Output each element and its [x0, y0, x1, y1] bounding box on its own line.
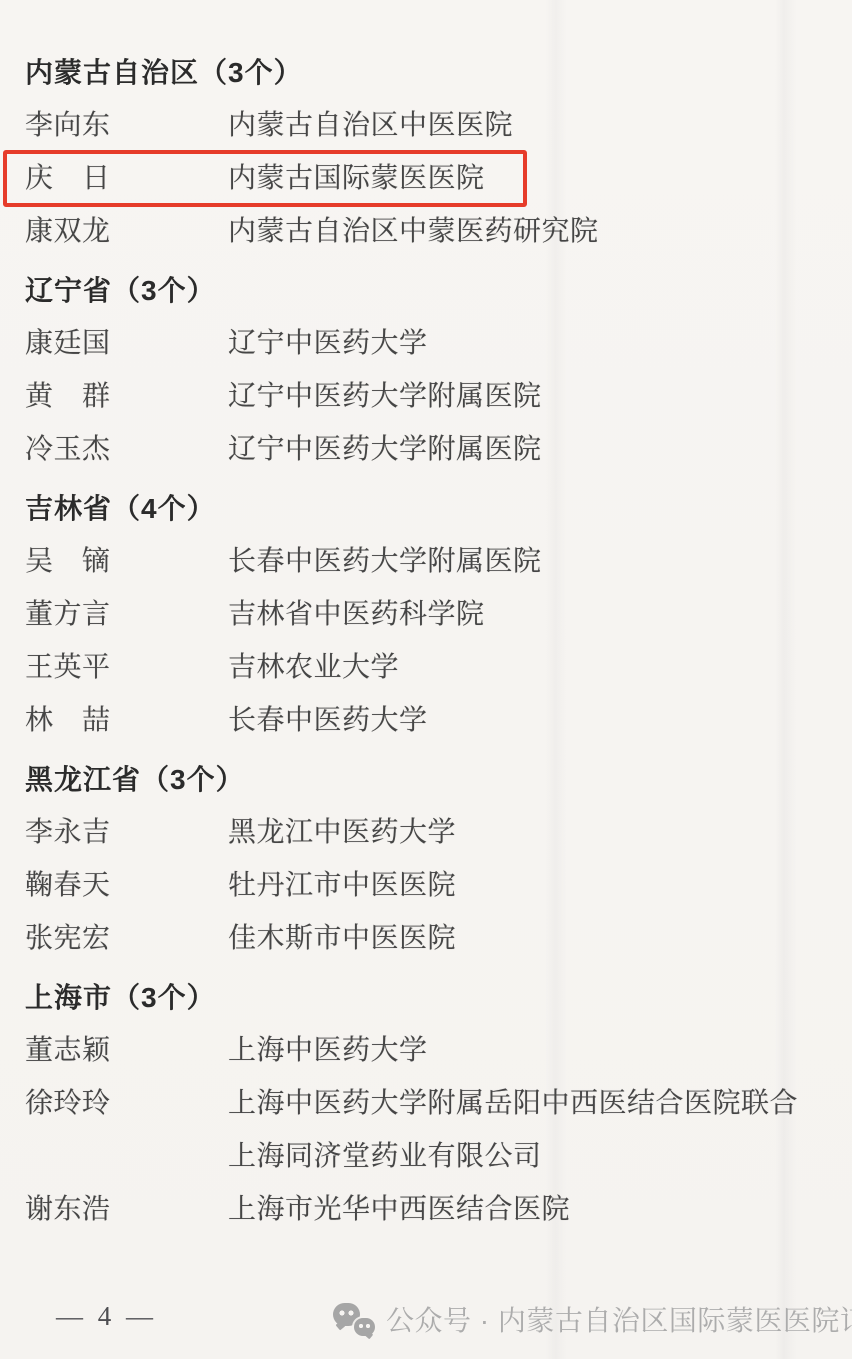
organization: 牡丹江市中医医院 [228, 859, 456, 912]
person-name: 董方言 [25, 588, 228, 641]
organization-line: 上海市光华中西医结合医院 [228, 1183, 570, 1236]
organization: 辽宁中医药大学附属医院 [228, 423, 542, 476]
person-name: 谢东浩 [25, 1183, 228, 1236]
section-title: 辽宁省（3个） [25, 264, 852, 317]
organization-line: 上海中医药大学附属岳阳中西医结合医院联合 [228, 1077, 798, 1130]
watermark-text: 公众号 · 内蒙古自治区国际蒙医医院订阅号 [386, 1299, 852, 1339]
organization-line: 吉林农业大学 [228, 641, 399, 694]
person-name: 黄 群 [25, 370, 228, 423]
person-name: 庆 日 [25, 152, 228, 205]
section-title: 上海市（3个） [25, 971, 852, 1024]
roster-row: 徐玲玲上海中医药大学附属岳阳中西医结合医院联合上海同济堂药业有限公司 [25, 1077, 852, 1183]
roster-row: 张宪宏佳木斯市中医医院 [25, 912, 852, 965]
person-name: 王英平 [25, 641, 228, 694]
roster-row: 谢东浩上海市光华中西医结合医院 [25, 1183, 852, 1236]
organization-line: 黑龙江中医药大学 [228, 806, 456, 859]
organization-line: 辽宁中医药大学附属医院 [228, 370, 542, 423]
section-title: 吉林省（4个） [25, 482, 852, 535]
organization: 长春中医药大学 [228, 694, 428, 747]
roster-row: 冷玉杰辽宁中医药大学附属医院 [25, 423, 852, 476]
person-name: 鞠春天 [25, 859, 228, 912]
roster-row: 康廷国辽宁中医药大学 [25, 317, 852, 370]
roster-row: 王英平吉林农业大学 [25, 641, 852, 694]
page-number: — 4 — [56, 1301, 157, 1332]
organization-line: 辽宁中医药大学 [228, 317, 428, 370]
organization-line: 内蒙古自治区中蒙医药研究院 [228, 205, 599, 258]
person-name: 冷玉杰 [25, 423, 228, 476]
roster-row: 董志颖上海中医药大学 [25, 1024, 852, 1077]
organization-line: 上海同济堂药业有限公司 [228, 1130, 798, 1183]
roster-row: 庆 日内蒙古国际蒙医医院 [25, 152, 852, 205]
organization: 内蒙古自治区中医医院 [228, 99, 513, 152]
person-name: 董志颖 [25, 1024, 228, 1077]
wechat-icon [333, 1301, 377, 1338]
roster-row: 董方言吉林省中医药科学院 [25, 588, 852, 641]
person-name: 吴 镝 [25, 535, 228, 588]
organization-line: 辽宁中医药大学附属医院 [228, 423, 542, 476]
organization: 上海中医药大学附属岳阳中西医结合医院联合上海同济堂药业有限公司 [228, 1077, 798, 1183]
roster-row: 康双龙内蒙古自治区中蒙医药研究院 [25, 205, 852, 258]
organization: 内蒙古国际蒙医医院 [228, 152, 485, 205]
province-section: 吉林省（4个）吴 镝长春中医药大学附属医院董方言吉林省中医药科学院王英平吉林农业… [25, 482, 852, 747]
roster: 内蒙古自治区（3个）李向东内蒙古自治区中医医院庆 日内蒙古国际蒙医医院康双龙内蒙… [25, 46, 852, 1236]
person-name: 徐玲玲 [25, 1077, 228, 1130]
organization: 内蒙古自治区中蒙医药研究院 [228, 205, 599, 258]
wechat-watermark: 公众号 · 内蒙古自治区国际蒙医医院订阅号 [333, 1299, 852, 1339]
roster-row: 吴 镝长春中医药大学附属医院 [25, 535, 852, 588]
roster-row: 黄 群辽宁中医药大学附属医院 [25, 370, 852, 423]
roster-row: 林 喆长春中医药大学 [25, 694, 852, 747]
person-name: 张宪宏 [25, 912, 228, 965]
scanned-document-page: 内蒙古自治区（3个）李向东内蒙古自治区中医医院庆 日内蒙古国际蒙医医院康双龙内蒙… [0, 0, 852, 1359]
organization: 吉林农业大学 [228, 641, 399, 694]
section-title: 黑龙江省（3个） [25, 753, 852, 806]
roster-row: 鞠春天牡丹江市中医医院 [25, 859, 852, 912]
page-footer: — 4 — 公众号 · 内蒙古自治区国际蒙医医院订阅号 [0, 1293, 852, 1349]
organization: 辽宁中医药大学 [228, 317, 428, 370]
organization: 黑龙江中医药大学 [228, 806, 456, 859]
organization-line: 牡丹江市中医医院 [228, 859, 456, 912]
organization-line: 长春中医药大学附属医院 [228, 535, 542, 588]
wechat-bubble-small [354, 1318, 375, 1336]
province-section: 黑龙江省（3个）李永吉黑龙江中医药大学鞠春天牡丹江市中医医院张宪宏佳木斯市中医医… [25, 753, 852, 965]
organization-line: 上海中医药大学 [228, 1024, 428, 1077]
person-name: 林 喆 [25, 694, 228, 747]
person-name: 康廷国 [25, 317, 228, 370]
organization: 上海中医药大学 [228, 1024, 428, 1077]
organization-line: 内蒙古国际蒙医医院 [228, 152, 485, 205]
province-section: 辽宁省（3个）康廷国辽宁中医药大学黄 群辽宁中医药大学附属医院冷玉杰辽宁中医药大… [25, 264, 852, 476]
province-section: 内蒙古自治区（3个）李向东内蒙古自治区中医医院庆 日内蒙古国际蒙医医院康双龙内蒙… [25, 46, 852, 258]
person-name: 李向东 [25, 99, 228, 152]
organization: 吉林省中医药科学院 [228, 588, 485, 641]
roster-row: 李永吉黑龙江中医药大学 [25, 806, 852, 859]
organization: 上海市光华中西医结合医院 [228, 1183, 570, 1236]
province-section: 上海市（3个）董志颖上海中医药大学徐玲玲上海中医药大学附属岳阳中西医结合医院联合… [25, 971, 852, 1236]
organization-line: 佳木斯市中医医院 [228, 912, 456, 965]
person-name: 李永吉 [25, 806, 228, 859]
organization-line: 内蒙古自治区中医医院 [228, 99, 513, 152]
organization-line: 吉林省中医药科学院 [228, 588, 485, 641]
organization: 辽宁中医药大学附属医院 [228, 370, 542, 423]
roster-row: 李向东内蒙古自治区中医医院 [25, 99, 852, 152]
section-title: 内蒙古自治区（3个） [25, 46, 852, 99]
organization: 长春中医药大学附属医院 [228, 535, 542, 588]
organization-line: 长春中医药大学 [228, 694, 428, 747]
person-name: 康双龙 [25, 205, 228, 258]
organization: 佳木斯市中医医院 [228, 912, 456, 965]
